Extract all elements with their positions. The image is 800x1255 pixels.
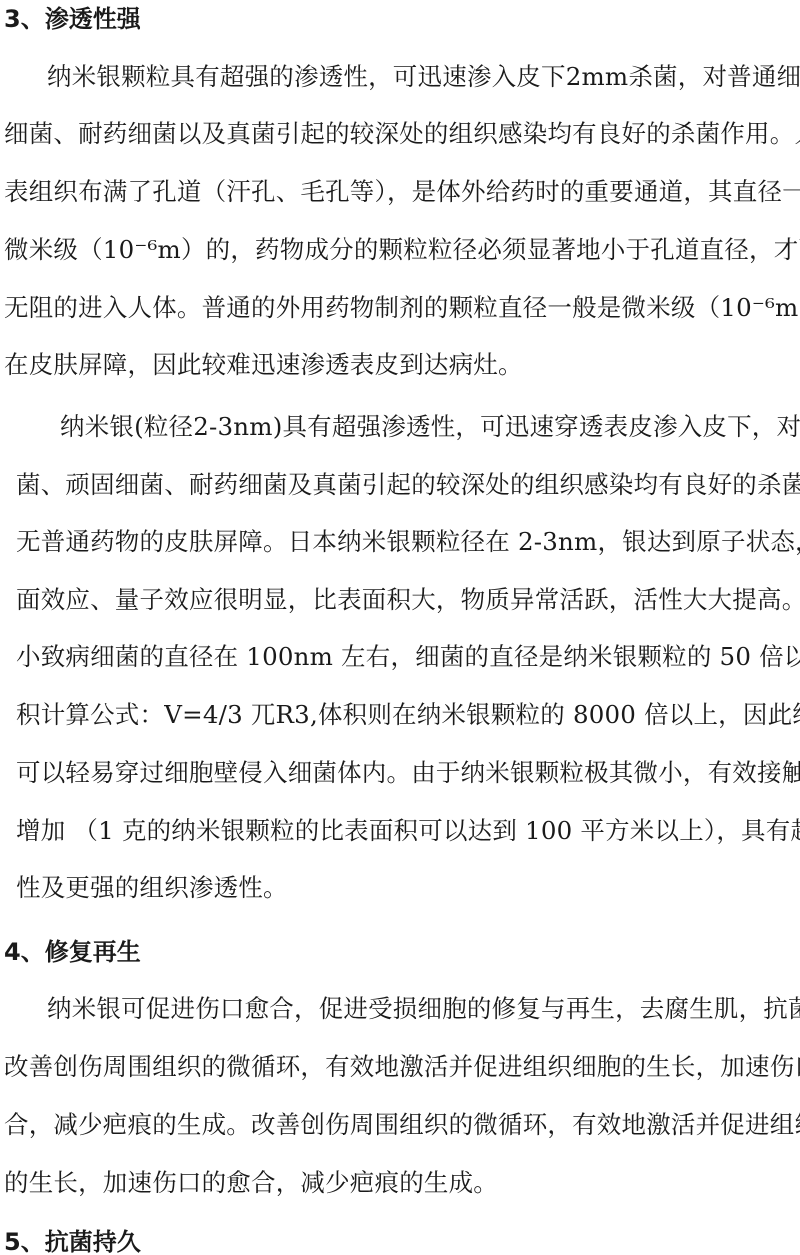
- paragraph-line: 性及更强的组织渗透性。: [16, 873, 288, 903]
- paragraph-line: 纳米银可促进伤口愈合，促进受损细胞的修复与再生，去腐生肌，抗菌消炎: [47, 994, 800, 1024]
- section-heading-penetration: 3、渗透性强: [4, 4, 141, 34]
- paragraph-line: 无阻的进入人体。普通的外用药物制剂的颗粒直径一般是微米级（10⁻⁶m）的，存: [4, 293, 800, 323]
- paragraph-line: 菌、顽固细菌、耐药细菌及真菌引起的较深处的组织感染均有良好的杀菌作用，: [16, 470, 800, 500]
- paragraph-line: 可以轻易穿过细胞壁侵入细菌体内。由于纳米银颗粒极其微小，有效接触面积大大: [16, 758, 800, 788]
- paragraph-line: 积计算公式：V=4/3 兀R3,体积则在纳米银颗粒的 8000 倍以上，因此纳米…: [16, 700, 800, 730]
- section-heading-long-lasting: 5、抗菌持久: [4, 1227, 141, 1255]
- paragraph-line: 小致病细菌的直径在 100nm 左右，细菌的直径是纳米银颗粒的 50 倍以上，根…: [16, 642, 800, 672]
- paragraph-line: 微米级（10⁻⁶m）的，药物成分的颗粒粒径必须显著地小于孔道直径，才可以畅通: [4, 235, 800, 265]
- paragraph-line: 增加 （1 克的纳米银颗粒的比表面积可以达到 100 平方米以上），具有超强的活: [16, 816, 800, 846]
- paragraph-line: 合，减少疤痕的生成。改善创伤周围组织的微循环，有效地激活并促进组织细胞: [4, 1110, 800, 1140]
- paragraph-line: 的生长，加速伤口的愈合，减少疤痕的生成。: [4, 1168, 498, 1198]
- paragraph-line: 面效应、量子效应很明显，比表面积大，物质异常活跃，活性大大提高。常见最: [16, 585, 800, 615]
- paragraph-line: 无普通药物的皮肤屏障。日本纳米银颗粒径在 2-3nm，银达到原子状态，它的界: [16, 527, 800, 557]
- paragraph-line: 纳米银(粒径2-3nm)具有超强渗透性，可迅速穿透表皮渗入皮下，对普通细: [60, 412, 800, 442]
- paragraph-line: 细菌、耐药细菌以及真菌引起的较深处的组织感染均有良好的杀菌作用。人体体: [4, 119, 800, 149]
- paragraph-line: 改善创伤周围组织的微循环，有效地激活并促进组织细胞的生长，加速伤口的愈: [4, 1052, 800, 1082]
- paragraph-line: 纳米银颗粒具有超强的渗透性，可迅速渗入皮下2mm杀菌，对普通细菌、顽固: [47, 62, 800, 92]
- section-heading-repair: 4、修复再生: [4, 937, 141, 967]
- paragraph-line: 表组织布满了孔道（汗孔、毛孔等），是体外给药时的重要通道，其直径一般是: [4, 177, 800, 207]
- paragraph-line: 在皮肤屏障，因此较难迅速渗透表皮到达病灶。: [4, 350, 523, 380]
